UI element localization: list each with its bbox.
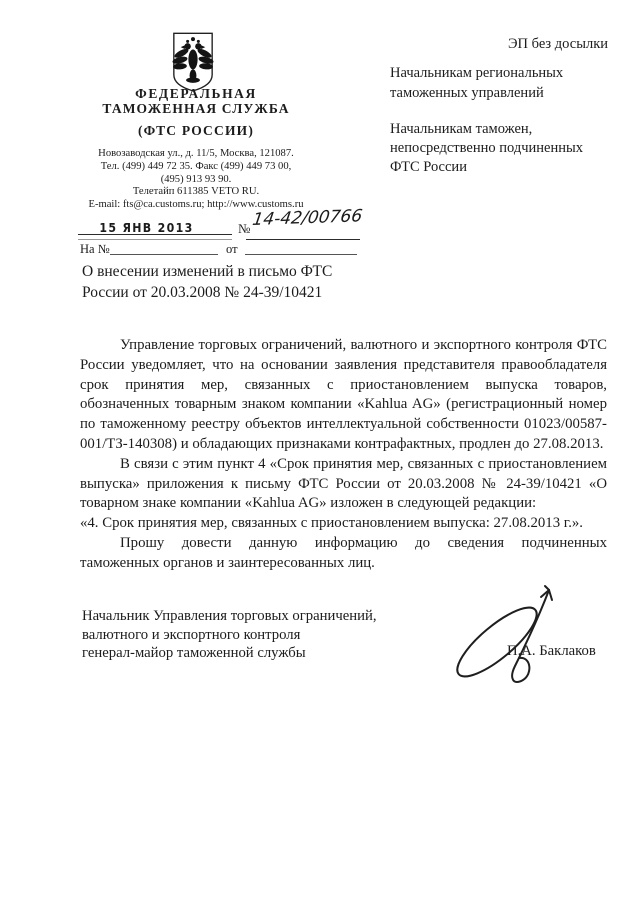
org-name-line3: (ФТС РОССИИ) [56, 123, 336, 139]
reply-number-blank [110, 254, 218, 255]
signature-icon [449, 584, 577, 696]
signer-name: П.А. Баклаков [507, 643, 596, 660]
address-phone-fax: Тел. (499) 449 72 35. Факс (499) 449 73 … [50, 161, 342, 174]
org-name-line1: ФЕДЕРАЛЬНАЯ [56, 86, 336, 101]
date-stamp: 15 ЯНВ 2013 [84, 220, 209, 235]
address-phone2: (495) 913 93 90. [50, 174, 342, 187]
org-name: ФЕДЕРАЛЬНАЯ ТАМОЖЕННАЯ СЛУЖБА (ФТС РОССИ… [56, 86, 336, 139]
date-underline [78, 234, 232, 240]
address-teletype: Телетайп 611385 VETO RU. [50, 186, 342, 199]
coat-of-arms-icon [170, 31, 216, 94]
letter-body: Управление торговых ограничений, валютно… [80, 336, 607, 574]
signer-position: Начальник Управления торговых ограничени… [82, 607, 422, 663]
body-paragraph-1: Управление торговых ограничений, валютно… [80, 336, 607, 455]
reply-date-blank [245, 254, 357, 255]
address-block: Новозаводская ул., д. 11/5, Москва, 1210… [50, 148, 342, 212]
subject-line: О внесении изменений в письмо ФТС России… [82, 261, 422, 303]
delivery-marking: ЭП без досылки [398, 36, 608, 53]
addressee-customs-offices: Начальникам таможен, непосредственно под… [390, 120, 620, 177]
body-paragraph-4: Прошу довести данную информацию до сведе… [80, 534, 607, 574]
body-paragraph-2: В связи с этим пункт 4 «Срок принятия ме… [80, 455, 607, 514]
scanned-letter-page: ФЕДЕРАЛЬНАЯ ТАМОЖЕННАЯ СЛУЖБА (ФТС РОССИ… [0, 0, 640, 900]
outgoing-number-underline [246, 239, 360, 240]
reply-date-label: от [226, 242, 238, 257]
address-street: Новозаводская ул., д. 11/5, Москва, 1210… [50, 148, 342, 161]
number-sign-label: № [238, 221, 250, 237]
body-paragraph-3: «4. Срок принятия мер, связанных с приос… [80, 514, 607, 534]
org-name-line2: ТАМОЖЕННАЯ СЛУЖБА [56, 101, 336, 116]
outgoing-number-handwritten: 14-42/00766 [251, 206, 364, 230]
reply-to-label: На № [80, 242, 110, 257]
addressee-regional-directorates: Начальникам региональных таможенных упра… [390, 64, 620, 103]
